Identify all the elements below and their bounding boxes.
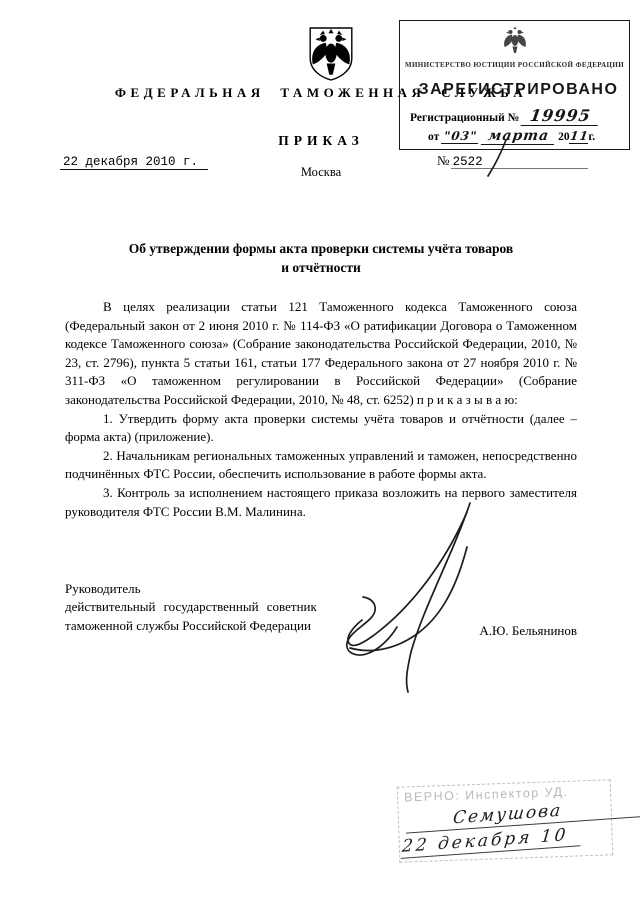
document-type-title: ПРИКАЗ <box>65 133 577 149</box>
signatory-title-line2: действительный государственный советник <box>65 598 577 616</box>
ministry-emblem-icon <box>500 24 530 58</box>
body-paragraph: В целях реализации статьи 121 Таможенног… <box>65 298 577 410</box>
registration-number-line: Регистрационный № 19995 <box>410 106 620 126</box>
decree-title-line1: Об утверждении формы акта проверки систе… <box>65 239 577 258</box>
decree-body: В целях реализации статьи 121 Таможенног… <box>65 298 577 521</box>
coat-of-arms-icon <box>305 26 357 82</box>
signature-block: Руководитель действительный государствен… <box>65 580 577 635</box>
signatory-name: А.Ю. Бельянинов <box>479 622 577 640</box>
signatory-title-line1: Руководитель <box>65 580 577 598</box>
registration-stamp: МИНИСТЕРСТВО ЮСТИЦИИ РОССИЙСКОЙ ФЕДЕРАЦИ… <box>399 20 630 150</box>
order-item-2: 2. Начальникам региональных таможенных у… <box>65 447 577 484</box>
reg-date-year-suffix: г. <box>588 131 595 143</box>
reg-number-value: 19995 <box>521 106 600 126</box>
city-label: Москва <box>65 165 577 180</box>
reg-number-label: Регистрационный № <box>410 112 519 124</box>
ministry-name: МИНИСТЕРСТВО ЮСТИЦИИ РОССИЙСКОЙ ФЕДЕРАЦИ… <box>400 61 629 69</box>
order-item-3: 3. Контроль за исполнением настоящего пр… <box>65 484 577 521</box>
registered-label: ЗАРЕГИСТРИРОВАНО <box>404 81 633 99</box>
certification-stamp: ВЕРНО: Инспектор УД. Семушова 22 декабря… <box>397 779 614 862</box>
decree-title-line2: и отчётности <box>65 258 577 277</box>
decree-title: Об утверждении формы акта проверки систе… <box>65 239 577 277</box>
order-item-1: 1. Утвердить форму акта проверки системы… <box>65 410 577 447</box>
scanned-order-document: ФЕДЕРАЛЬНАЯ ТАМОЖЕННАЯ СЛУЖБА МИНИСТЕРСТ… <box>0 0 640 900</box>
